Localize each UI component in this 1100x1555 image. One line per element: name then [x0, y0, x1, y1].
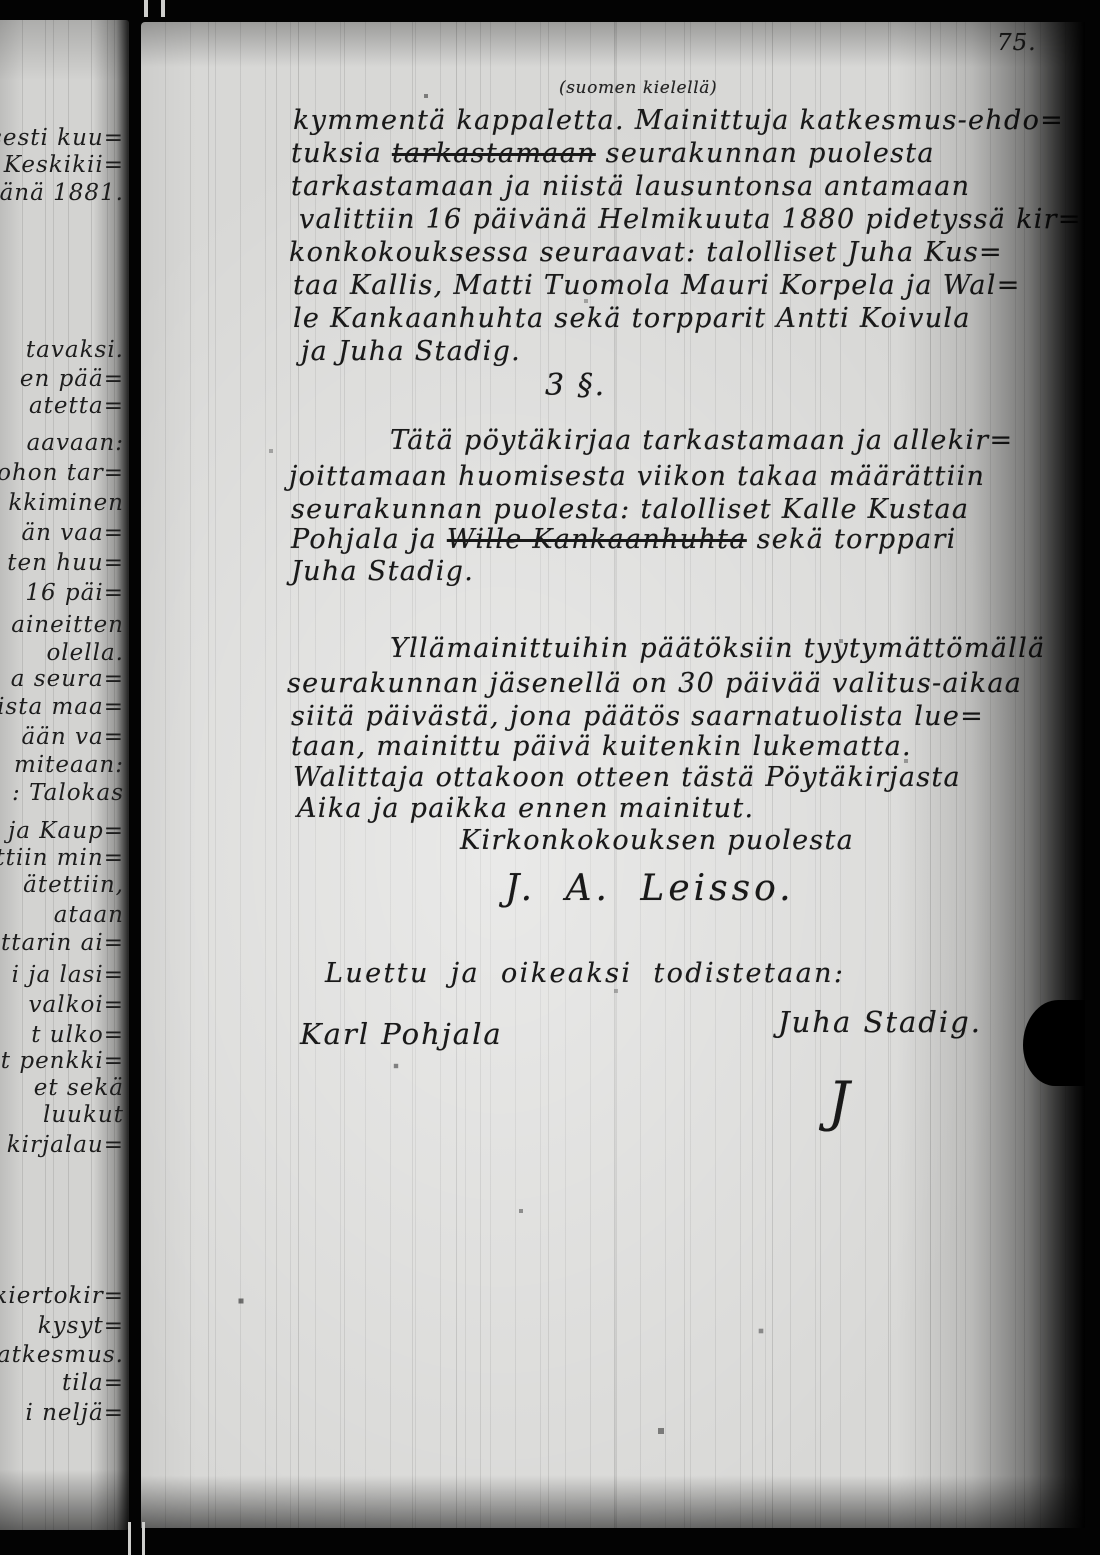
- left-fragment: ään va=: [21, 724, 124, 750]
- line-text: Pohjala ja: [291, 524, 447, 555]
- left-fragment: ätettiin,: [23, 872, 124, 898]
- line-text: seurakunnan puolesta: [596, 138, 935, 169]
- manuscript-line: ja Juha Stadig.: [301, 336, 521, 367]
- left-fragment: kirjalau=: [7, 1132, 124, 1158]
- manuscript-scan: isesti kuu= Keskikii= ivänä 1881. tavaks…: [0, 0, 1100, 1555]
- manuscript-line: Pohjala ja Wille Kankaanhuhta sekä torpp…: [291, 524, 957, 555]
- manuscript-line: tarkastamaan ja niistä lausuntonsa antam…: [291, 171, 970, 202]
- left-fragment: 16 päi=: [25, 580, 124, 606]
- manuscript-line: Walittaja ottakoon otteen tästä Pöytäkir…: [293, 762, 961, 793]
- left-fragment: en pää=: [20, 366, 124, 392]
- manuscript-line: Tätä pöytäkirjaa tarkastamaan ja allekir…: [390, 425, 1013, 456]
- left-fragment: tila=: [62, 1370, 124, 1396]
- page-number: 75.: [997, 30, 1037, 56]
- left-fragment: luukut: [43, 1102, 124, 1128]
- left-fragment: aineitten: [11, 612, 124, 638]
- left-fragment: a seura=: [11, 666, 124, 692]
- struck-text: Wille Kankaanhuhta: [447, 524, 747, 555]
- left-fragment: kiertokir=: [0, 1283, 124, 1309]
- manuscript-line: seurakunnan puolesta: talolliset Kalle K…: [291, 494, 969, 525]
- manuscript-line: taa Kallis, Matti Tuomola Mauri Korpela …: [293, 270, 1021, 301]
- manuscript-line: joittamaan huomisesta viikon takaa määrä…: [289, 461, 985, 492]
- left-fragment: kkiminen: [8, 490, 124, 516]
- previous-page-edge: isesti kuu= Keskikii= ivänä 1881. tavaks…: [0, 20, 129, 1530]
- manuscript-line: le Kankaanhuhta sekä torpparit Antti Koi…: [293, 303, 971, 334]
- line-text: sekä torppari: [747, 524, 957, 555]
- left-fragment: ttiin min=: [0, 845, 124, 871]
- left-fragment: aavaan:: [27, 430, 124, 456]
- left-fragment: ohon tar=: [0, 460, 124, 486]
- film-tick-mark: [128, 1522, 131, 1555]
- manuscript-line: kymmentä kappaletta. Mainittuja katkesmu…: [293, 105, 1064, 136]
- left-fragment: ten huu=: [7, 550, 124, 576]
- signature-chairman: J. A. Leisso.: [505, 868, 795, 909]
- left-fragment: tavaksi.: [26, 337, 124, 363]
- left-fragment: miteaan:: [14, 752, 124, 778]
- line-text: tuksia: [291, 138, 392, 169]
- signature-witness-right: Juha Stadig.: [778, 1005, 982, 1039]
- film-tick-mark: [144, 0, 148, 17]
- document-page: 75. (suomen kielellä) kymmentä kappalett…: [141, 22, 1085, 1528]
- manuscript-line: Aika ja paikka ennen mainitut.: [297, 793, 754, 824]
- left-fragment: Keskikii=: [4, 152, 124, 178]
- left-fragment: en ja Kaup=: [0, 818, 124, 844]
- manuscript-line: Juha Stadig.: [291, 556, 474, 587]
- closing-line: Kirkonkokouksen puolesta: [460, 825, 854, 856]
- left-fragment: ttarin ai=: [1, 930, 124, 956]
- left-fragment: än vaa=: [21, 520, 124, 546]
- left-fragment: t ulko=: [31, 1022, 124, 1048]
- signature-witness-left: Karl Pohjala: [300, 1017, 503, 1051]
- manuscript-line: taan, mainittu päivä kuitenkin lukematta…: [291, 731, 912, 762]
- signature-flourish: J: [828, 1070, 851, 1133]
- left-fragment: isesti kuu=: [0, 125, 124, 151]
- left-fragment: et sekä: [34, 1075, 124, 1101]
- left-fragment: ataan: [54, 902, 124, 928]
- left-fragment: i ja lasi=: [12, 962, 124, 988]
- left-fragment: ivänä 1881.: [0, 180, 124, 206]
- left-fragment: olella.: [46, 640, 124, 666]
- film-tick-mark: [161, 0, 165, 17]
- left-fragment: i neljä=: [25, 1400, 124, 1426]
- manuscript-line: tuksia tarkastamaan seurakunnan puolesta: [291, 138, 935, 169]
- left-fragment: t penkki=: [1, 1048, 124, 1074]
- left-fragment: ista maa=: [0, 694, 124, 720]
- left-fragment: atkesmus.: [0, 1342, 124, 1368]
- struck-text: tarkastamaan: [392, 138, 596, 169]
- left-fragment: valkoi=: [29, 992, 124, 1018]
- interline-annotation: (suomen kielellä): [559, 78, 717, 98]
- paper-specks: [0, 0, 2, 2]
- section-heading: 3 §.: [545, 368, 606, 403]
- film-tick-mark: [142, 1522, 145, 1555]
- page-edge-shadow-blob: [1023, 1000, 1085, 1086]
- manuscript-line: valittiin 16 päivänä Helmikuuta 1880 pid…: [299, 204, 1082, 235]
- left-fragment: : Talokas: [12, 780, 124, 806]
- manuscript-line: Yllämainittuihin päätöksiin tyytymättömä…: [390, 633, 1045, 664]
- manuscript-line: seurakunnan jäsenellä on 30 päivää valit…: [287, 668, 1022, 699]
- left-fragment: atetta=: [29, 393, 124, 419]
- left-fragment: kysyt=: [38, 1313, 124, 1339]
- attestation-line: Luettu ja oikeaksi todistetaan:: [325, 958, 845, 989]
- manuscript-line: siitä päivästä, jona päätös saarnatuolis…: [291, 701, 984, 732]
- manuscript-line: konkokouksessa seuraavat: talolliset Juh…: [289, 237, 1003, 268]
